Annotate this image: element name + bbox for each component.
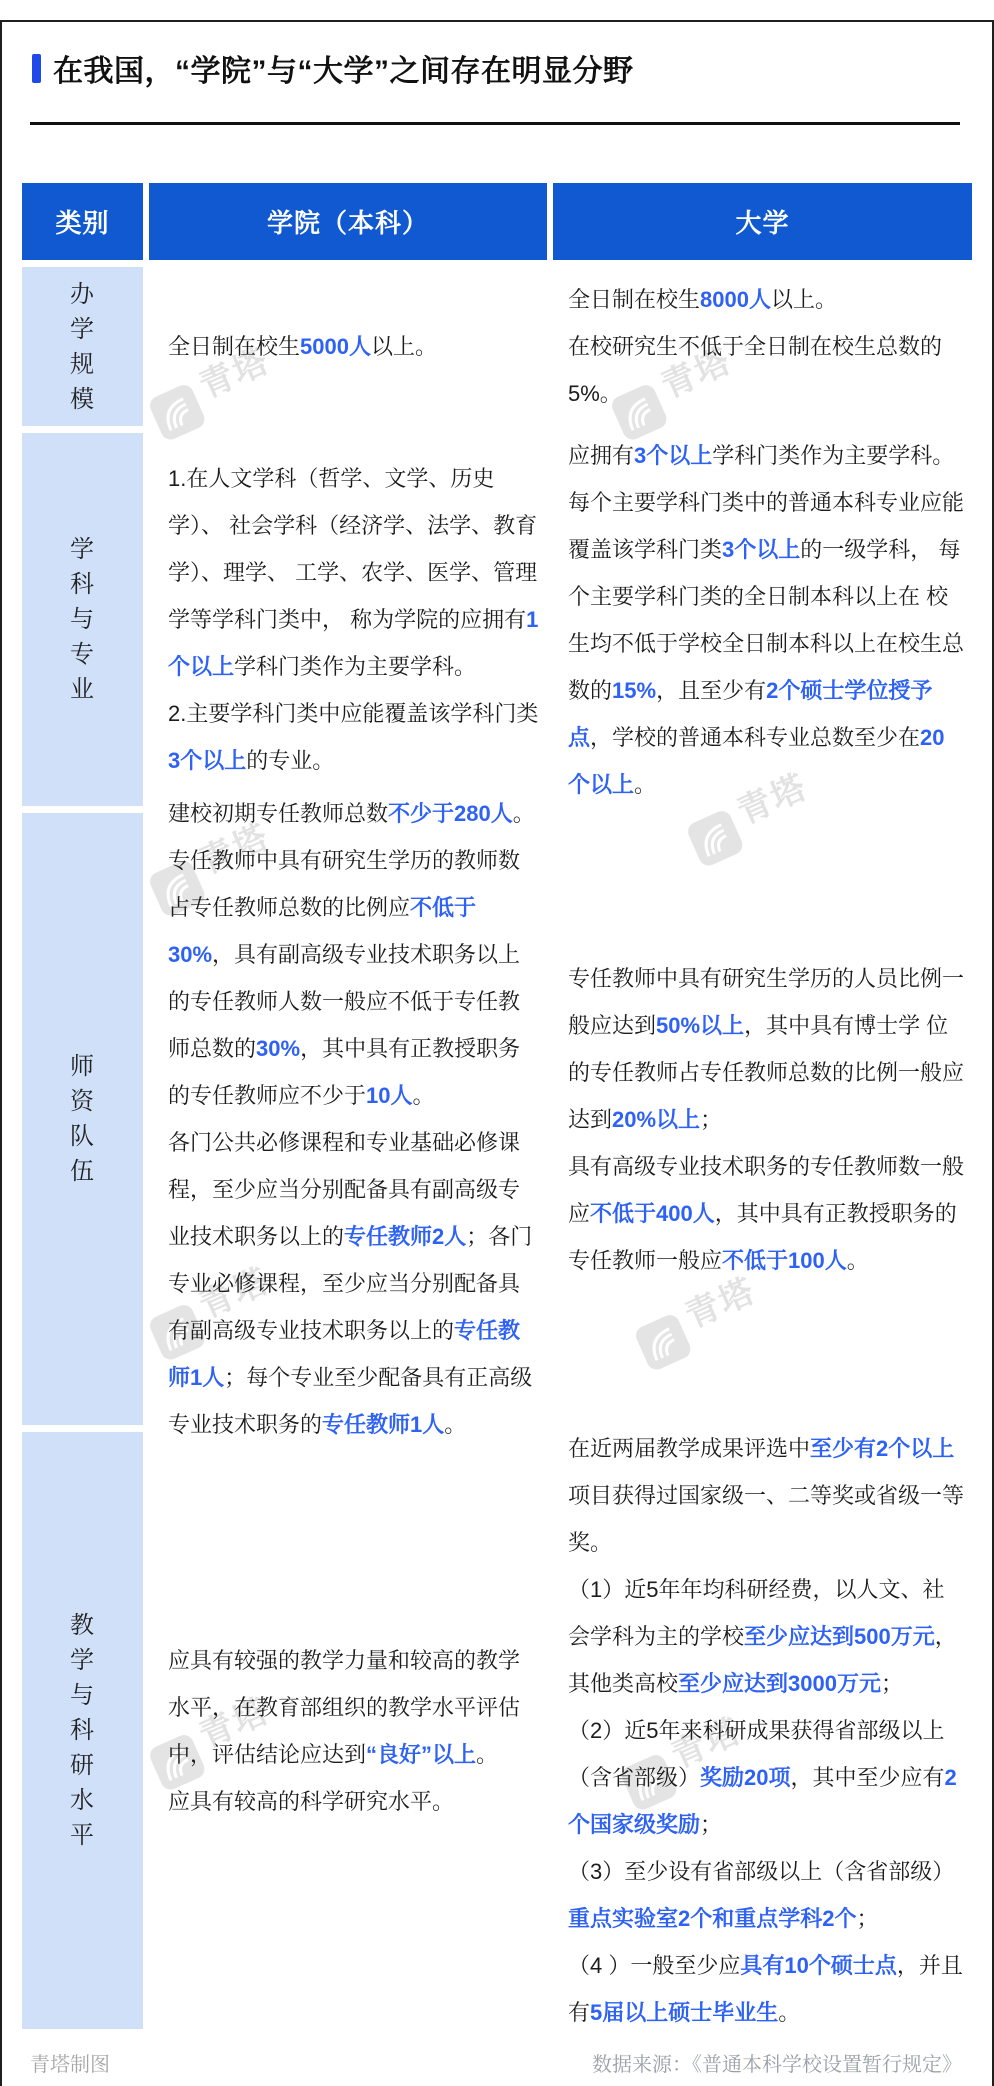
header-college: 学院（本科） — [149, 183, 547, 260]
cell-disciplines-college: 1.在人文学科（哲学、文学、历史学）、 社会学科（经济学、法学、教育学）、理学、… — [149, 433, 547, 806]
title-divider — [30, 122, 960, 125]
title-block: 在我国，“学院”与“大学”之间存在明显分野 — [32, 46, 634, 90]
credit-label: 青塔制图 — [30, 2048, 110, 2077]
title-accent-bar-icon — [32, 54, 41, 83]
cell-disciplines-university: 应拥有3个以上学科门类作为主要学科。每个主要学科门类中的普通本科专业应能覆盖该学… — [553, 433, 972, 806]
category-teaching-research: 教 学 与 科 研 水 平 — [22, 1432, 143, 2029]
cell-teaching-college: 应具有较强的教学力量和较高的教学水平，在教育部组织的教学水平评估中，评估结论应达… — [149, 1432, 547, 2029]
cell-teaching-university: 在近两届教学成果评选中至少有2个以上项目获得过国家级一、二等奖或省级一等奖。（1… — [553, 1432, 972, 2029]
category-disciplines: 学 科 与 专 业 — [22, 433, 143, 806]
cell-scale-university: 全日制在校生8000人以上。在校研究生不低于全日制在校生总数的5%。 — [553, 267, 972, 426]
cell-scale-college: 全日制在校生5000人以上。 — [149, 267, 547, 426]
data-source-label: 数据来源：《普通本科学校设置暂行规定》 — [592, 2048, 962, 2077]
header-category: 类别 — [22, 183, 143, 260]
header-university: 大学 — [553, 183, 972, 260]
comparison-table: 类别 学院（本科） 大学 办 学 规 模 全日制在校生5000人以上。 全日制在… — [22, 183, 972, 2029]
cell-faculty-university: 专任教师中具有研究生学历的人员比例一般应达到50%以上，其中具有博士学 位的专任… — [553, 813, 972, 1425]
page-title: 在我国，“学院”与“大学”之间存在明显分野 — [53, 46, 634, 90]
category-scale: 办 学 规 模 — [22, 267, 143, 426]
category-faculty: 师 资 队 伍 — [22, 813, 143, 1425]
cell-faculty-college: 建校初期专任教师总数不少于280人。专任教师中具有研究生学历的教师数占专任教师总… — [149, 813, 547, 1425]
